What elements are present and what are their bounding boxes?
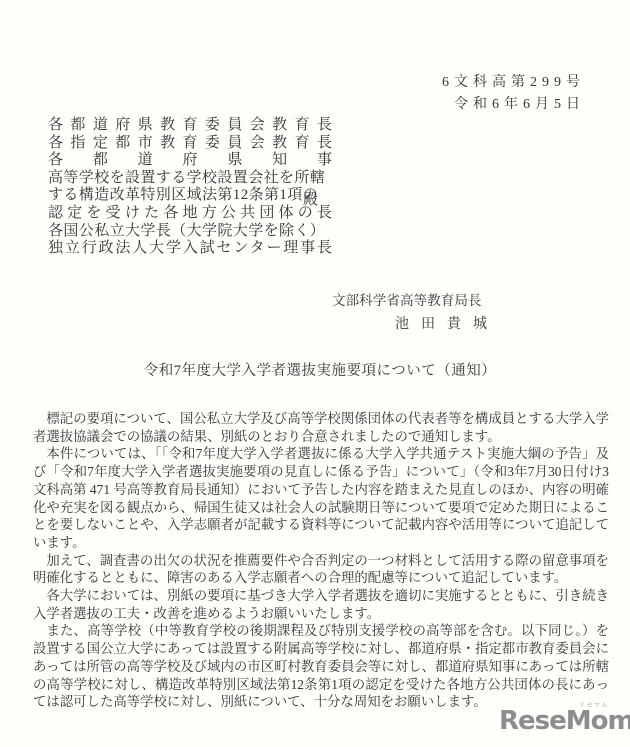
body-paragraph: 加えて、調査書の出欠の状況を推薦要件や合否判定の一つ材料として活用する際の留意事… (33, 552, 609, 587)
recipient-line: する構造改革特別区域法第12条第1項の (48, 187, 332, 205)
document-body: 標記の要項について、国公私立大学及び高等学校関係団体の代表者等を構成員とする大学… (33, 410, 609, 711)
sender-title: 文部科学省高等教育局長 (332, 292, 499, 309)
salutation: 殿 (303, 188, 318, 209)
body-paragraph: 標記の要項について、国公私立大学及び高等学校関係団体の代表者等を構成員とする大学… (33, 410, 609, 445)
sender-name: 池田貴城 (332, 316, 499, 333)
resemom-logo: リセマム ReseMom. (499, 700, 625, 736)
logo-wordmark: ReseMom. (499, 706, 630, 736)
recipient-line: 独立行政法人大学入試センター理事長 (48, 240, 332, 258)
body-paragraph: また、高等学校（中等教育学校の後期課程及び特別支援学校の高等部を含む。以下同じ。… (33, 622, 609, 711)
document-date: 令和6年6月5日 (442, 94, 585, 116)
recipient-list: 各都道府県教育委員会教育長各指定都市教育委員会教育長各都道府県知事高等学校を設置… (48, 117, 332, 258)
recipient-line: 各指定都市教育委員会教育長 (48, 135, 332, 153)
recipient-line: 認定を受けた各地方公共団体の長 (48, 205, 332, 223)
document-page: 6文科高第299号 令和6年6月5日 各都道府県教育委員会教育長各指定都市教育委… (0, 0, 630, 747)
body-paragraph: 各大学においては、別紙の要項に基づき大学入学者選抜を適切に実施するとともに、引き… (33, 587, 609, 622)
document-number: 6文科高第299号 (442, 72, 585, 94)
body-paragraph: 本件については、「「令和7年度大学入学者選抜に係る大学入学共通テスト実施大綱の予… (33, 445, 609, 551)
recipient-line: 各国公私立大学長（大学院大学を除く） (48, 223, 332, 241)
document-title: 令和7年度大学入学者選抜実施要項について（通知） (33, 359, 607, 380)
recipient-line: 高等学校を設置する学校設置会社を所轄 (48, 170, 332, 188)
recipient-line: 各都道府県知事 (48, 152, 332, 170)
document-header: 6文科高第299号 令和6年6月5日 (442, 72, 585, 116)
sender-block: 文部科学省高等教育局長 池田貴城 (332, 292, 499, 333)
recipient-line: 各都道府県教育委員会教育長 (48, 117, 332, 135)
